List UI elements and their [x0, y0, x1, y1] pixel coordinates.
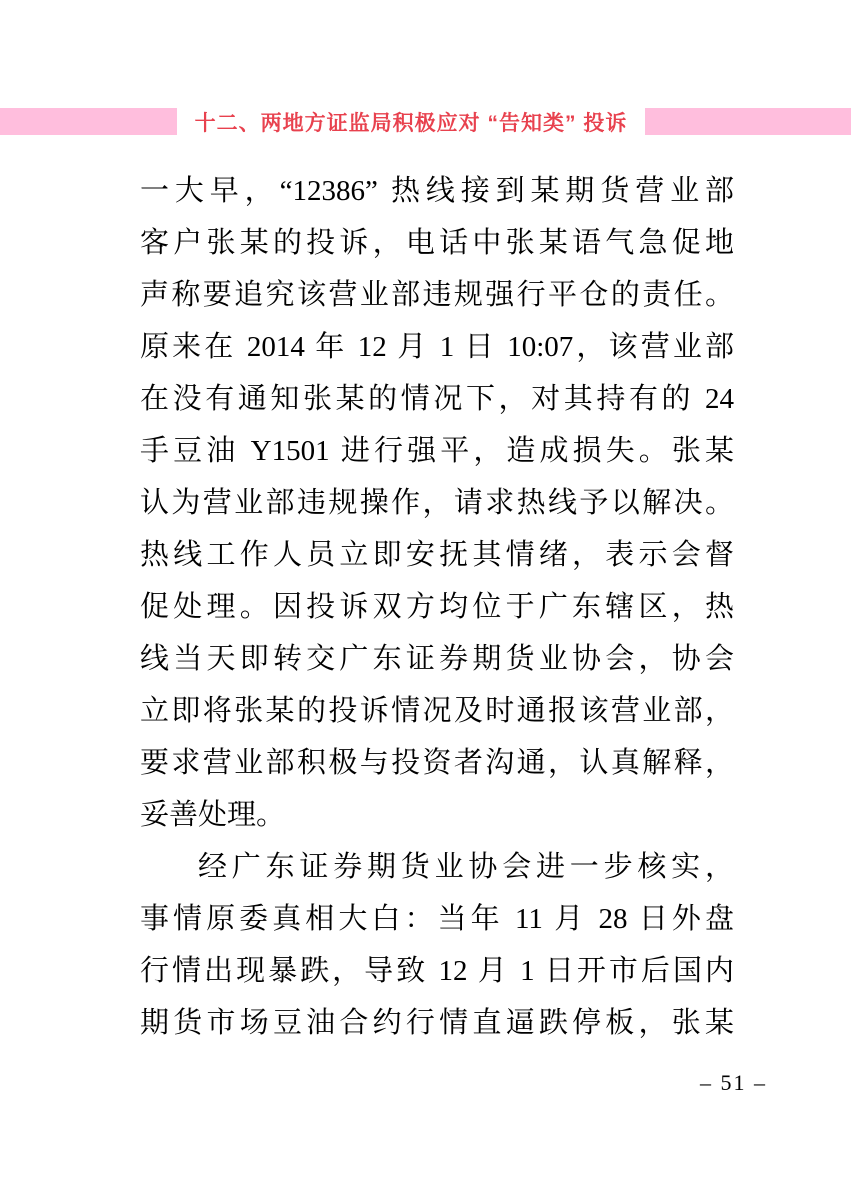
- text-line: 声称要追究该营业部违规强行平仓的责任。: [140, 269, 734, 321]
- chapter-header: 十二、两地方证监局积极应对 “告知类” 投诉: [0, 108, 851, 135]
- text-line: 线当天即转交广东证券期货业协会，协会: [140, 633, 734, 685]
- text-line: 一大早，“12386” 热线接到某期货营业部: [140, 165, 734, 217]
- text-line: 经广东证券期货业协会进一步核实，: [140, 841, 734, 893]
- text-line: 热线工作人员立即安抚其情绪，表示会督: [140, 529, 734, 581]
- text-line: 事情原委真相大白：当年 11 月 28 日外盘: [140, 893, 734, 945]
- text-line: 期货市场豆油合约行情直逼跌停板，张某: [140, 997, 734, 1049]
- header-bar-right: [645, 108, 851, 135]
- text-line: 在没有通知张某的情况下，对其持有的 24: [140, 373, 734, 425]
- text-line: 妥善处理。: [140, 789, 734, 841]
- text-line: 原来在 2014 年 12 月 1 日 10:07，该营业部: [140, 321, 734, 373]
- chapter-header-title: 十二、两地方证监局积极应对 “告知类” 投诉: [177, 107, 645, 137]
- text-line: 立即将张某的投诉情况及时通报该营业部，: [140, 685, 734, 737]
- text-line: 促处理。因投诉双方均位于广东辖区，热: [140, 581, 734, 633]
- page-number: – 51 –: [700, 1070, 810, 1096]
- text-line: 手豆油 Y1501 进行强平，造成损失。张某: [140, 425, 734, 477]
- book-page: 十二、两地方证监局积极应对 “告知类” 投诉 一大早，“12386” 热线接到某…: [0, 0, 851, 1189]
- header-bar-left: [0, 108, 177, 135]
- text-line: 行情出现暴跌，导致 12 月 1 日开市后国内: [140, 945, 734, 997]
- text-line: 认为营业部违规操作，请求热线予以解决。: [140, 477, 734, 529]
- body-text: 一大早，“12386” 热线接到某期货营业部 客户张某的投诉，电话中张某语气急促…: [140, 165, 734, 1049]
- text-line: 客户张某的投诉，电话中张某语气急促地: [140, 217, 734, 269]
- text-line: 要求营业部积极与投资者沟通，认真解释，: [140, 737, 734, 789]
